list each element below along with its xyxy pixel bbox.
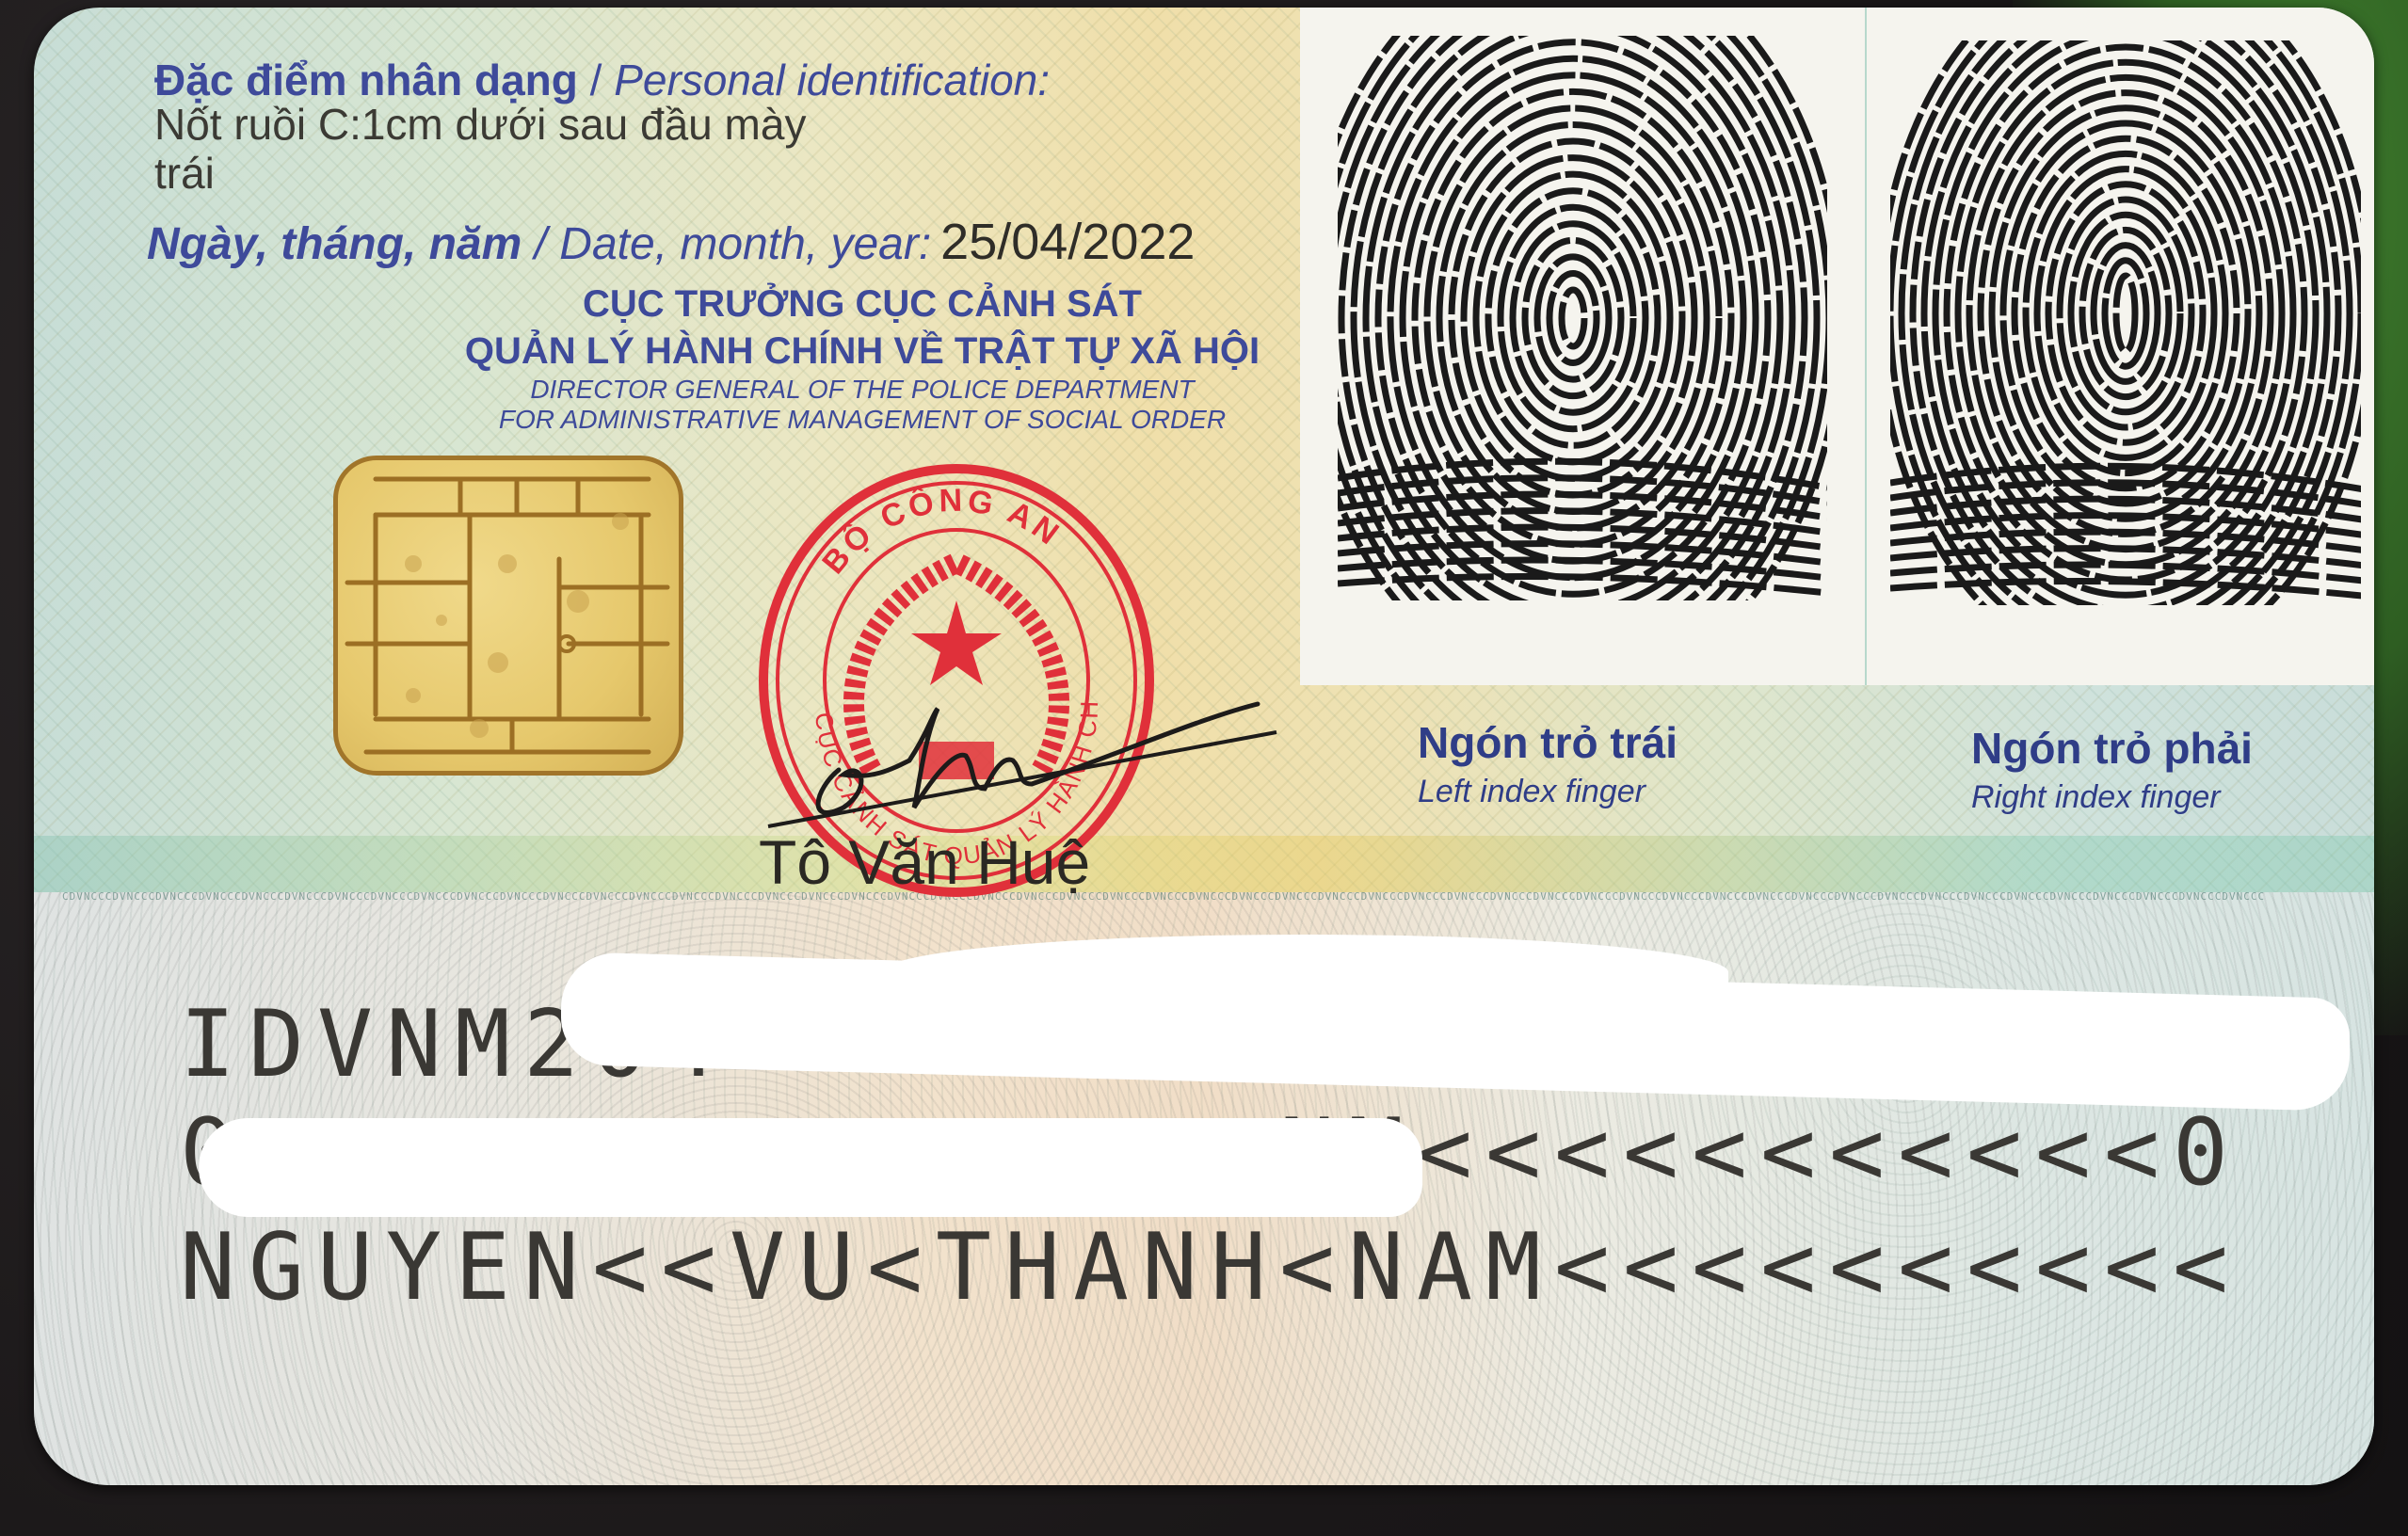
left-fingerprint-icon xyxy=(1338,36,1827,619)
issue-date-row: Ngày, tháng, năm / Date, month, year:25/… xyxy=(147,213,1195,271)
signature xyxy=(749,666,1333,836)
right-fingerprint-panel xyxy=(1867,8,2374,685)
microprint-line: CDVNCCCDVNCCCDVNCCCDVNCCCDVNCCCDVNCCCDVN… xyxy=(62,890,2346,904)
left-fingerprint-panel xyxy=(1300,8,1865,685)
value-line-2: trái xyxy=(154,149,1096,198)
date-label-en: Date, month, year: xyxy=(559,219,931,269)
left-finger-label-vn: Ngón trỏ trái xyxy=(1418,717,1678,768)
right-finger-label-en: Right index finger xyxy=(1971,779,2253,816)
issuer-block: CỤC TRƯỞNG CỤC CẢNH SÁT QUẢN LÝ HÀNH CHÍ… xyxy=(392,280,1333,435)
personal-identification-label: Đặc điểm nhân dạng / Personal identifica… xyxy=(154,55,1050,105)
value-line-1: Nốt ruồi C:1cm dưới sau đầu mày xyxy=(154,100,1096,149)
right-fingerprint-icon xyxy=(1890,40,2361,624)
issuer-title-en-2: FOR ADMINISTRATIVE MANAGEMENT OF SOCIAL … xyxy=(392,405,1333,435)
label-en: Personal identification: xyxy=(614,56,1050,104)
signer-name: Tô Văn Huệ xyxy=(759,826,1090,898)
smart-chip-icon xyxy=(333,456,683,776)
right-index-finger-caption: Ngón trỏ phải Right index finger xyxy=(1971,723,2253,816)
issuer-title-en-1: DIRECTOR GENERAL OF THE POLICE DEPARTMEN… xyxy=(392,375,1333,405)
right-finger-label-vn: Ngón trỏ phải xyxy=(1971,723,2253,774)
mrz-line-2-end: NM<<<<<<<<<<<0 xyxy=(1279,1099,2241,1207)
personal-identification-value: Nốt ruồi C:1cm dưới sau đầu mày trái xyxy=(154,100,1096,198)
left-index-finger-caption: Ngón trỏ trái Left index finger xyxy=(1418,717,1678,810)
issue-date-value: 25/04/2022 xyxy=(940,214,1195,270)
separator: / xyxy=(578,56,614,104)
redaction-mask-1b xyxy=(881,935,1728,1010)
separator: / xyxy=(522,219,559,269)
left-finger-label-en: Left index finger xyxy=(1418,774,1678,810)
id-card-back: CDVNCCCDVNCCCDVNCCCDVNCCCDVNCCCDVNCCCDVN… xyxy=(34,8,2374,1485)
mrz-line-3: NGUYEN<<VU<THANH<NAM<<<<<<<<<< xyxy=(180,1214,2241,1321)
date-label-vn: Ngày, tháng, năm xyxy=(147,219,522,269)
label-vn: Đặc điểm nhân dạng xyxy=(154,56,578,104)
issuer-title-vn-1: CỤC TRƯỞNG CỤC CẢNH SÁT xyxy=(392,280,1333,328)
issuer-title-vn-2: QUẢN LÝ HÀNH CHÍNH VỀ TRẬT TỰ XÃ HỘI xyxy=(392,328,1333,375)
redaction-mask-2 xyxy=(199,1118,1422,1217)
